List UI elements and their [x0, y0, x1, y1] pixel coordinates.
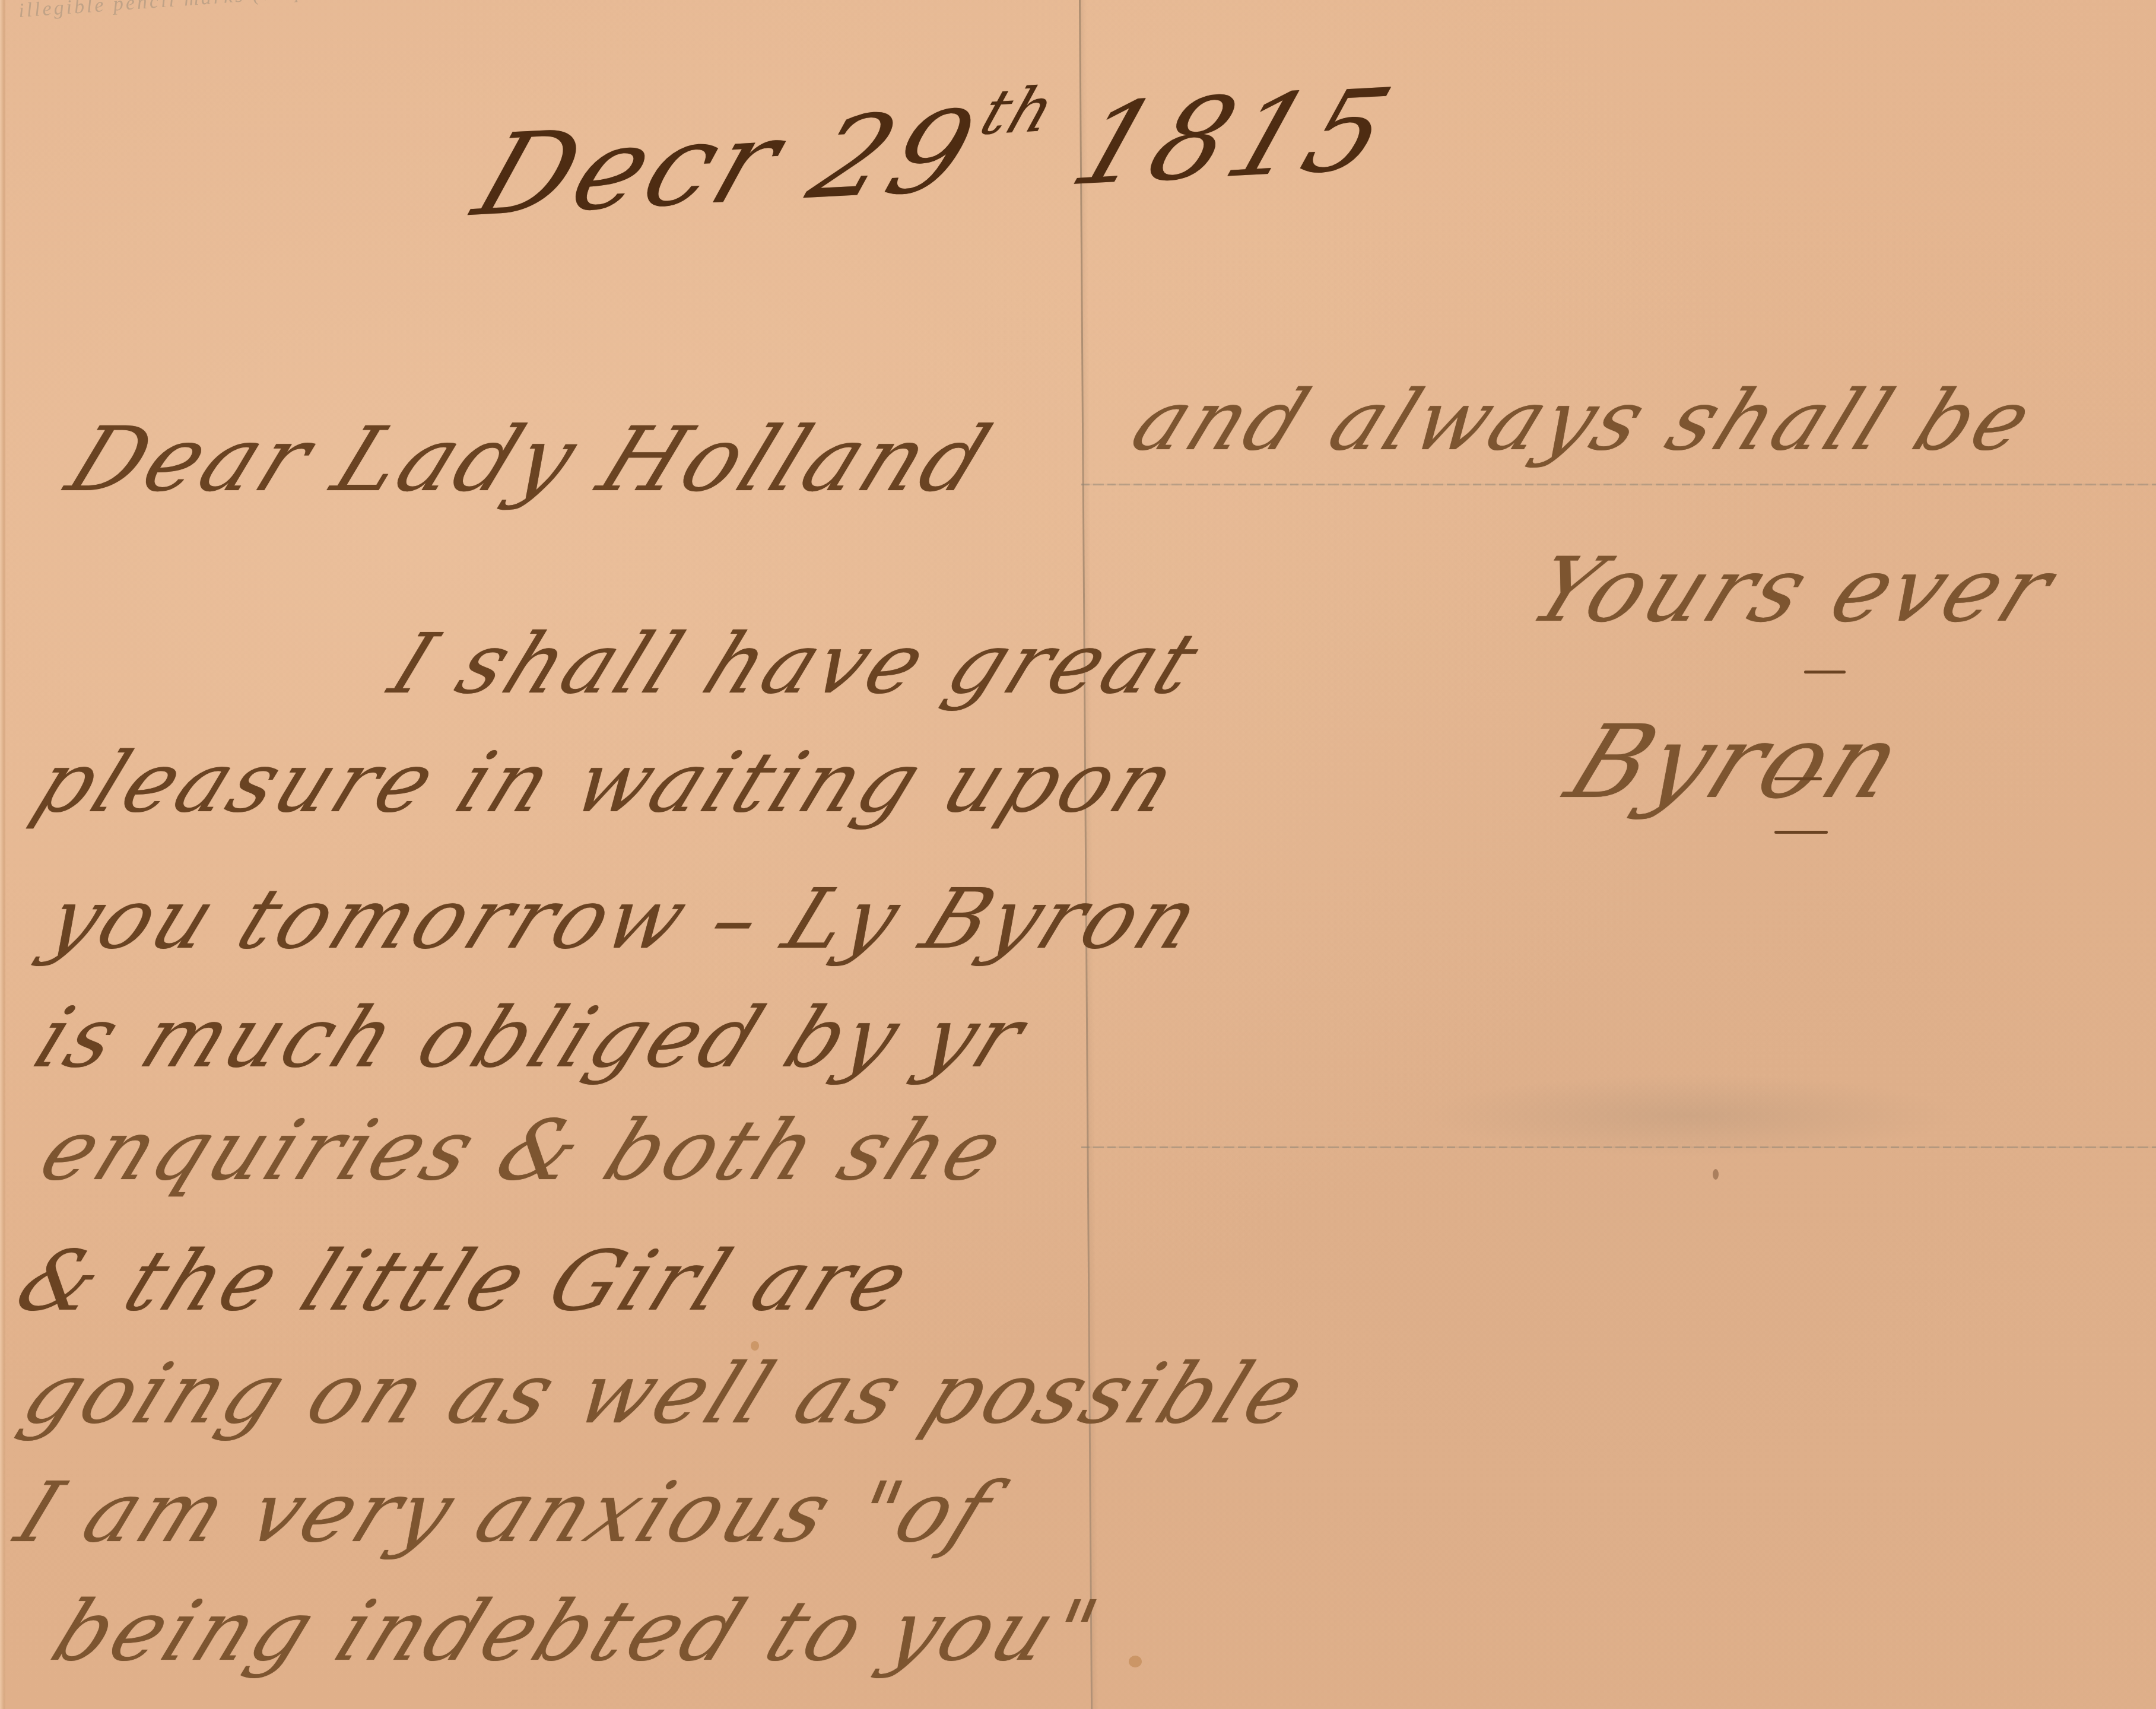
signature-underline — [1774, 777, 1822, 780]
paper-smudge — [1424, 1074, 1958, 1157]
horizontal-fold-upper — [1081, 484, 2156, 485]
closing: Yours ever — [1519, 546, 2068, 635]
salutation: Dear Lady Holland — [56, 415, 1004, 504]
body-line: you tomorrow – Ly Byron — [36, 878, 1214, 961]
date-month: Decr — [460, 96, 800, 242]
body-line: going on as well as possible — [12, 1353, 1319, 1436]
date-year: 1815 — [1056, 64, 1409, 211]
signature: Byron — [1555, 712, 1919, 813]
body-line: pleasure in waiting upon — [24, 742, 1190, 825]
ink-spot — [1713, 1169, 1719, 1180]
body-line: is much obliged by yr — [24, 997, 1038, 1080]
letter-date: Decr 29th 1815 — [463, 61, 1411, 233]
date-day: 29 — [794, 85, 993, 224]
pencil-marginalia: illegible pencil marks (cropped) — [18, 0, 298, 30]
ink-spot — [1129, 1656, 1142, 1667]
torn-left-edge — [0, 0, 6, 1709]
body-line: enquiries & both she — [30, 1110, 1017, 1193]
body-line: I shall have great — [380, 623, 1212, 706]
body-line: and always shall be — [1122, 380, 2046, 463]
date-day-suffix: th — [971, 73, 1065, 149]
signature-underline-lower — [1774, 831, 1828, 834]
body-line: I am very anxious "of — [6, 1472, 1005, 1555]
center-fold-line — [1079, 0, 1093, 1709]
body-line: & the little Girl are — [6, 1240, 923, 1323]
body-line: being indebted to you" — [42, 1590, 1112, 1673]
letter-sheet: illegible pencil marks (cropped) Decr 29… — [0, 0, 2156, 1709]
signature-flourish — [1804, 671, 1846, 674]
